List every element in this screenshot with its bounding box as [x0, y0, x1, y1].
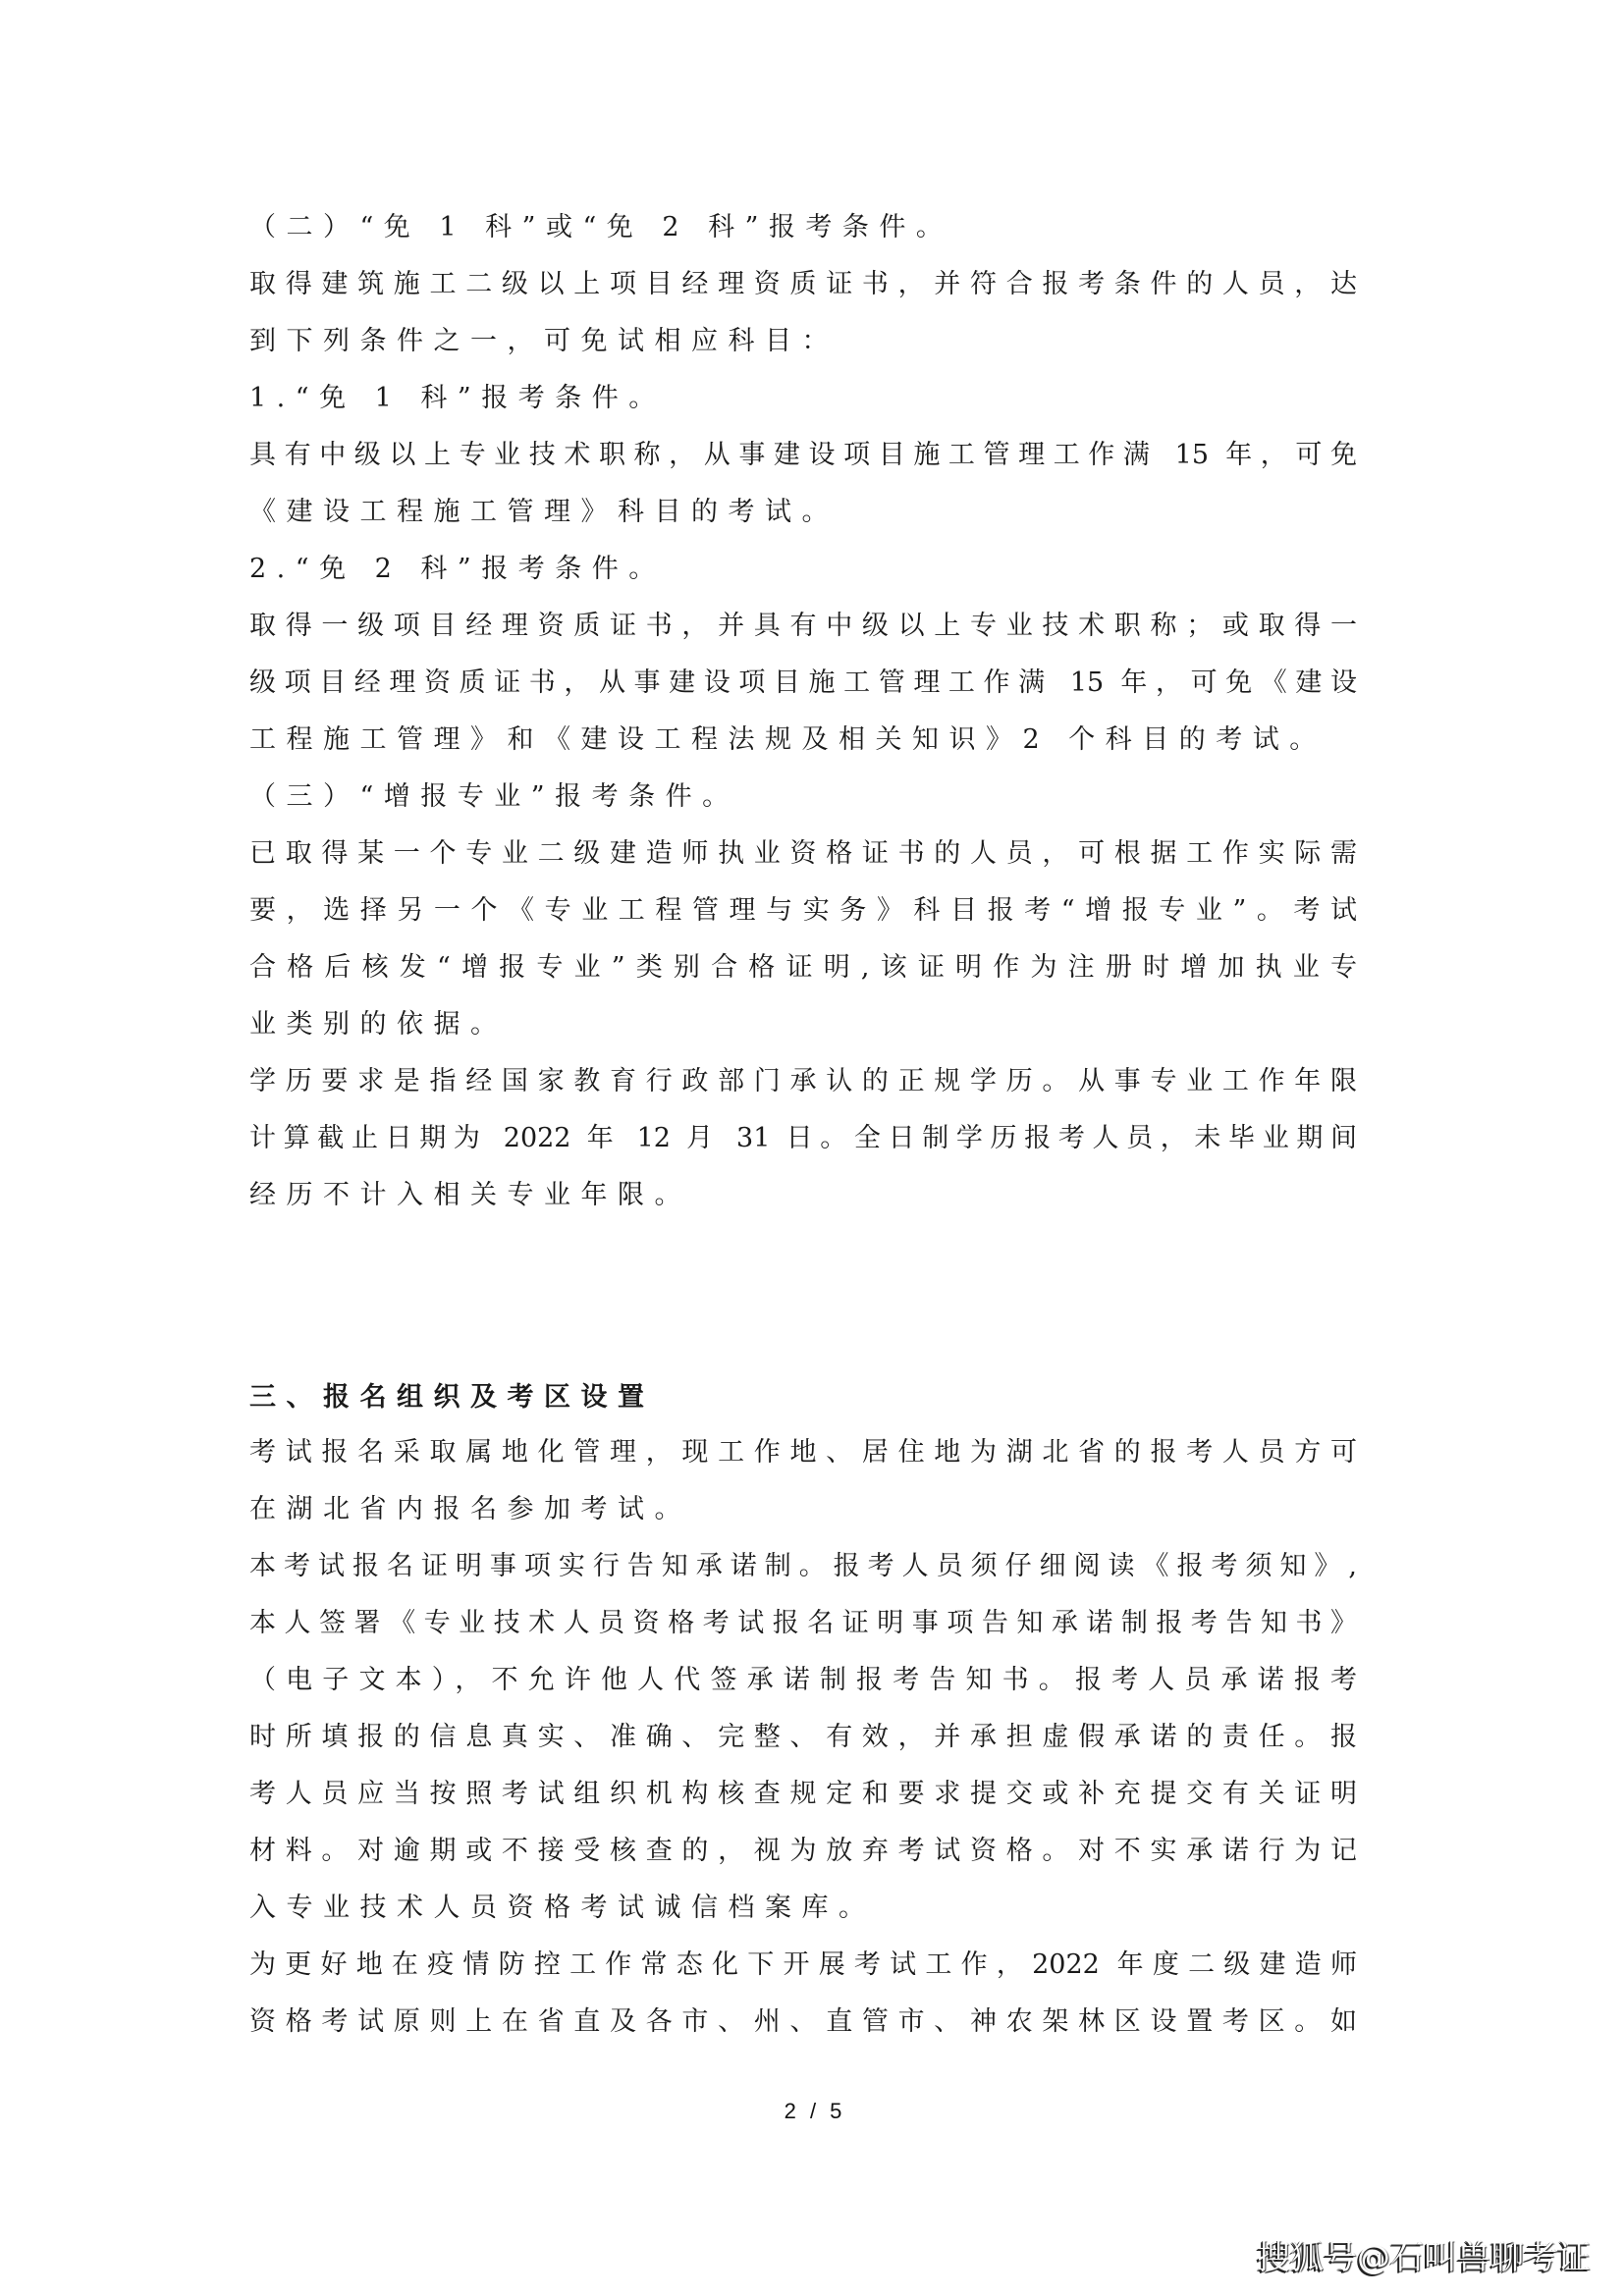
paragraph-line: 计算截止日期为 2022 年 12 月 31 日。全日制学历报考人员，未毕业期间	[249, 1119, 1357, 1158]
paragraph-line: 到下列条件之一，可免试相应科目：	[249, 322, 1357, 361]
paragraph-line: 具有中级以上专业技术职称，从事建设项目施工管理工作满 15 年，可免	[249, 436, 1357, 475]
paragraph-line: 要，选择另一个《专业工程管理与实务》科目报考“增报专业”。考试	[249, 891, 1357, 931]
paragraph-line: 时所填报的信息真实、准确、完整、有效，并承担虚假承诺的责任。报	[249, 1718, 1357, 1757]
source-watermark: 搜狐号@石叫兽聊考证	[1257, 2236, 1596, 2279]
paragraph-line: 业类别的依据。	[249, 1005, 1357, 1044]
paragraph-line: 工程施工管理》和《建设工程法规及相关知识》2 个科目的考试。	[249, 721, 1357, 760]
document-page: （二）“免 1 科”或“免 2 科”报考条件。 取得建筑施工二级以上项目经理资质…	[0, 0, 1624, 2296]
paragraph-line: 在湖北省内报名参加考试。	[249, 1490, 1357, 1529]
paragraph-line: 考人员应当按照考试组织机构核查规定和要求提交或补充提交有关证明	[249, 1775, 1357, 1814]
paragraph-line: 《建设工程施工管理》科目的考试。	[249, 493, 1357, 532]
page-number: 2 / 5	[746, 2097, 884, 2126]
paragraph-line: 已取得某一个专业二级建造师执业资格证书的人员，可根据工作实际需	[249, 834, 1357, 874]
paragraph-line: 本考试报名证明事项实行告知承诺制。报考人员须仔细阅读《报考须知》,	[249, 1547, 1357, 1586]
list-item-heading-exempt-one: 1.“免 1 科”报考条件。	[249, 379, 1357, 418]
paragraph-line: 取得建筑施工二级以上项目经理资质证书，并符合报考条件的人员，达	[249, 265, 1357, 304]
paragraph-line: 资格考试原则上在省直及各市、州、直管市、神农架林区设置考区。如	[249, 2002, 1357, 2042]
paragraph-line: 取得一级项目经理资质证书，并具有中级以上专业技术职称；或取得一	[249, 607, 1357, 646]
subsection-heading-exemption: （二）“免 1 科”或“免 2 科”报考条件。	[249, 208, 1357, 247]
paragraph-line: 合格后核发“增报专业”类别合格证明,该证明作为注册时增加执业专	[249, 948, 1357, 988]
paragraph-line: 为更好地在疫情防控工作常态化下开展考试工作，2022 年度二级建造师	[249, 1946, 1357, 1985]
paragraph-line: 学历要求是指经国家教育行政部门承认的正规学历。从事专业工作年限	[249, 1062, 1357, 1101]
list-item-heading-exempt-two: 2.“免 2 科”报考条件。	[249, 550, 1357, 589]
paragraph-line: 本人签署《专业技术人员资格考试报名证明事项告知承诺制报考告知书》	[249, 1604, 1357, 1643]
subsection-heading-add-specialty: （三）“增报专业”报考条件。	[249, 777, 1357, 817]
paragraph-line: （电子文本），不允许他人代签承诺制报考告知书。报考人员承诺报考	[249, 1661, 1357, 1700]
paragraph-line: 考试报名采取属地化管理，现工作地、居住地为湖北省的报考人员方可	[249, 1433, 1357, 1472]
paragraph-line: 级项目经理资质证书，从事建设项目施工管理工作满 15 年，可免《建设	[249, 664, 1357, 703]
paragraph-line: 入专业技术人员资格考试诚信档案库。	[249, 1889, 1357, 1928]
paragraph-line: 材料。对逾期或不接受核查的，视为放弃考试资格。对不实承诺行为记	[249, 1832, 1357, 1871]
section-heading-registration: 三、报名组织及考区设置	[249, 1378, 1357, 1417]
paragraph-line: 经历不计入相关专业年限。	[249, 1176, 1357, 1215]
